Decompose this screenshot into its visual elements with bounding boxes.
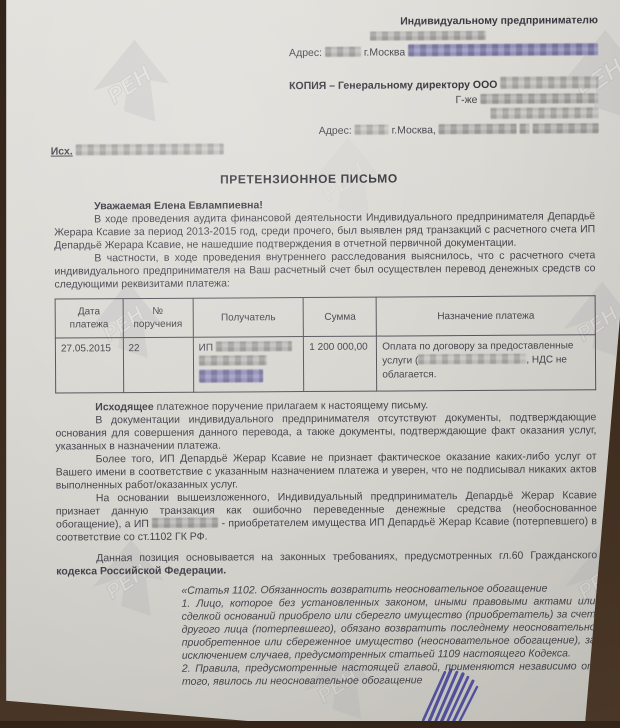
address-line-2: Адрес: г.Москва, [0,122,599,141]
letter-body: Уважаемая Елена Евлампиевна! В ходе пров… [54,197,598,689]
col-header-amount: Сумма [303,297,376,336]
col-header-recipient: Получатель [193,298,304,338]
paragraph-conclusion: На основании вышеизложенного, Индивидуал… [56,489,597,544]
redacted-recipient [199,355,267,365]
table-row: 27.05.2015 22 ИП 1 200 000,00 Оплата по … [55,335,595,393]
recipient-block: Индивидуальному предпринимателю Адрес: г… [0,0,619,141]
document-paper: РЕН РЕН РЕН РЕН РЕН РЕН РЕН РЕН Индивиду… [0,0,620,721]
address-city: г.Москва [364,46,405,58]
letter-title: ПРЕТЕНЗИОННОЕ ПИСЬМО [0,170,619,188]
redacted-person-name [480,93,598,104]
col-header-order-no: № поручения [123,298,193,337]
attachment-rest: платежное поручение прилагаем к настояще… [154,399,428,413]
redacted-address-part [355,125,389,135]
statute-clause-1: 1. Лицо, которое без установленных закон… [181,595,595,663]
statute-quote: «Статья 1102. Обязанность возвратить нео… [181,582,596,689]
address-label: Адрес: [319,125,352,137]
paragraph-audit: В ходе проведения аудита финансовой деят… [54,210,595,252]
address-label: Адрес: [289,47,322,59]
legal-basis-bold: кодекса Российской Федерации. [56,565,226,578]
redacted-address-part [439,124,517,134]
paragraph-no-services: Более того, ИП Депардьё Жерар Ксавие не … [56,450,597,492]
madam-label: Г-же [455,94,477,106]
redacted-recipient [216,341,292,351]
redacted-company-name [500,76,598,89]
recipient-prefix: ИП [199,343,213,354]
pen-scribble [415,662,515,721]
redacted-address-part [520,124,530,134]
redacted-address-part [408,43,598,56]
paragraph-investigation: В частности, в ходе проведения внутренне… [54,249,595,291]
redacted-address-part [533,123,599,133]
attachment-lead: Исходящее [95,401,154,413]
redacted-address-part [325,47,361,57]
cell-date: 27.05.2015 [55,338,123,393]
col-header-purpose: Назначение платежа [376,296,595,336]
legal-basis-text: Данная позиция основывается на законных … [96,549,597,564]
redacted-name [152,518,218,528]
table-header-row: Дата платежа № поручения Получатель Сумм… [55,296,595,338]
redacted-outgoing-number [76,144,224,156]
statute-clause-2: 2. Правила, предусмотренные настоящей гл… [182,660,596,689]
payment-table: Дата платежа № поручения Получатель Сумм… [55,295,597,393]
outgoing-label: Исх. [51,145,73,157]
paragraph-no-documents: В документации индивидуального предприни… [55,411,596,453]
letter-content: Индивидуальному предпринимателю Адрес: г… [0,0,620,721]
redacted-purpose [418,354,526,365]
cell-recipient: ИП [193,337,304,393]
copy-line-label: КОПИЯ – Генеральному директору ООО [289,79,497,92]
cell-amount: 1 200 000,00 [304,336,377,391]
outgoing-ref-line: Исх. [51,141,619,158]
cell-order-no: 22 [123,337,194,392]
redacted-recipient [199,369,263,382]
col-header-date: Дата платежа [55,299,123,338]
address-city: г.Москва, [392,124,436,136]
redacted-block [490,107,598,119]
redacted-recipient-name [370,31,486,41]
cell-purpose: Оплата по договору за предоставленные ус… [377,335,596,391]
paragraph-legal-basis: Данная позиция основывается на законных … [56,549,597,578]
